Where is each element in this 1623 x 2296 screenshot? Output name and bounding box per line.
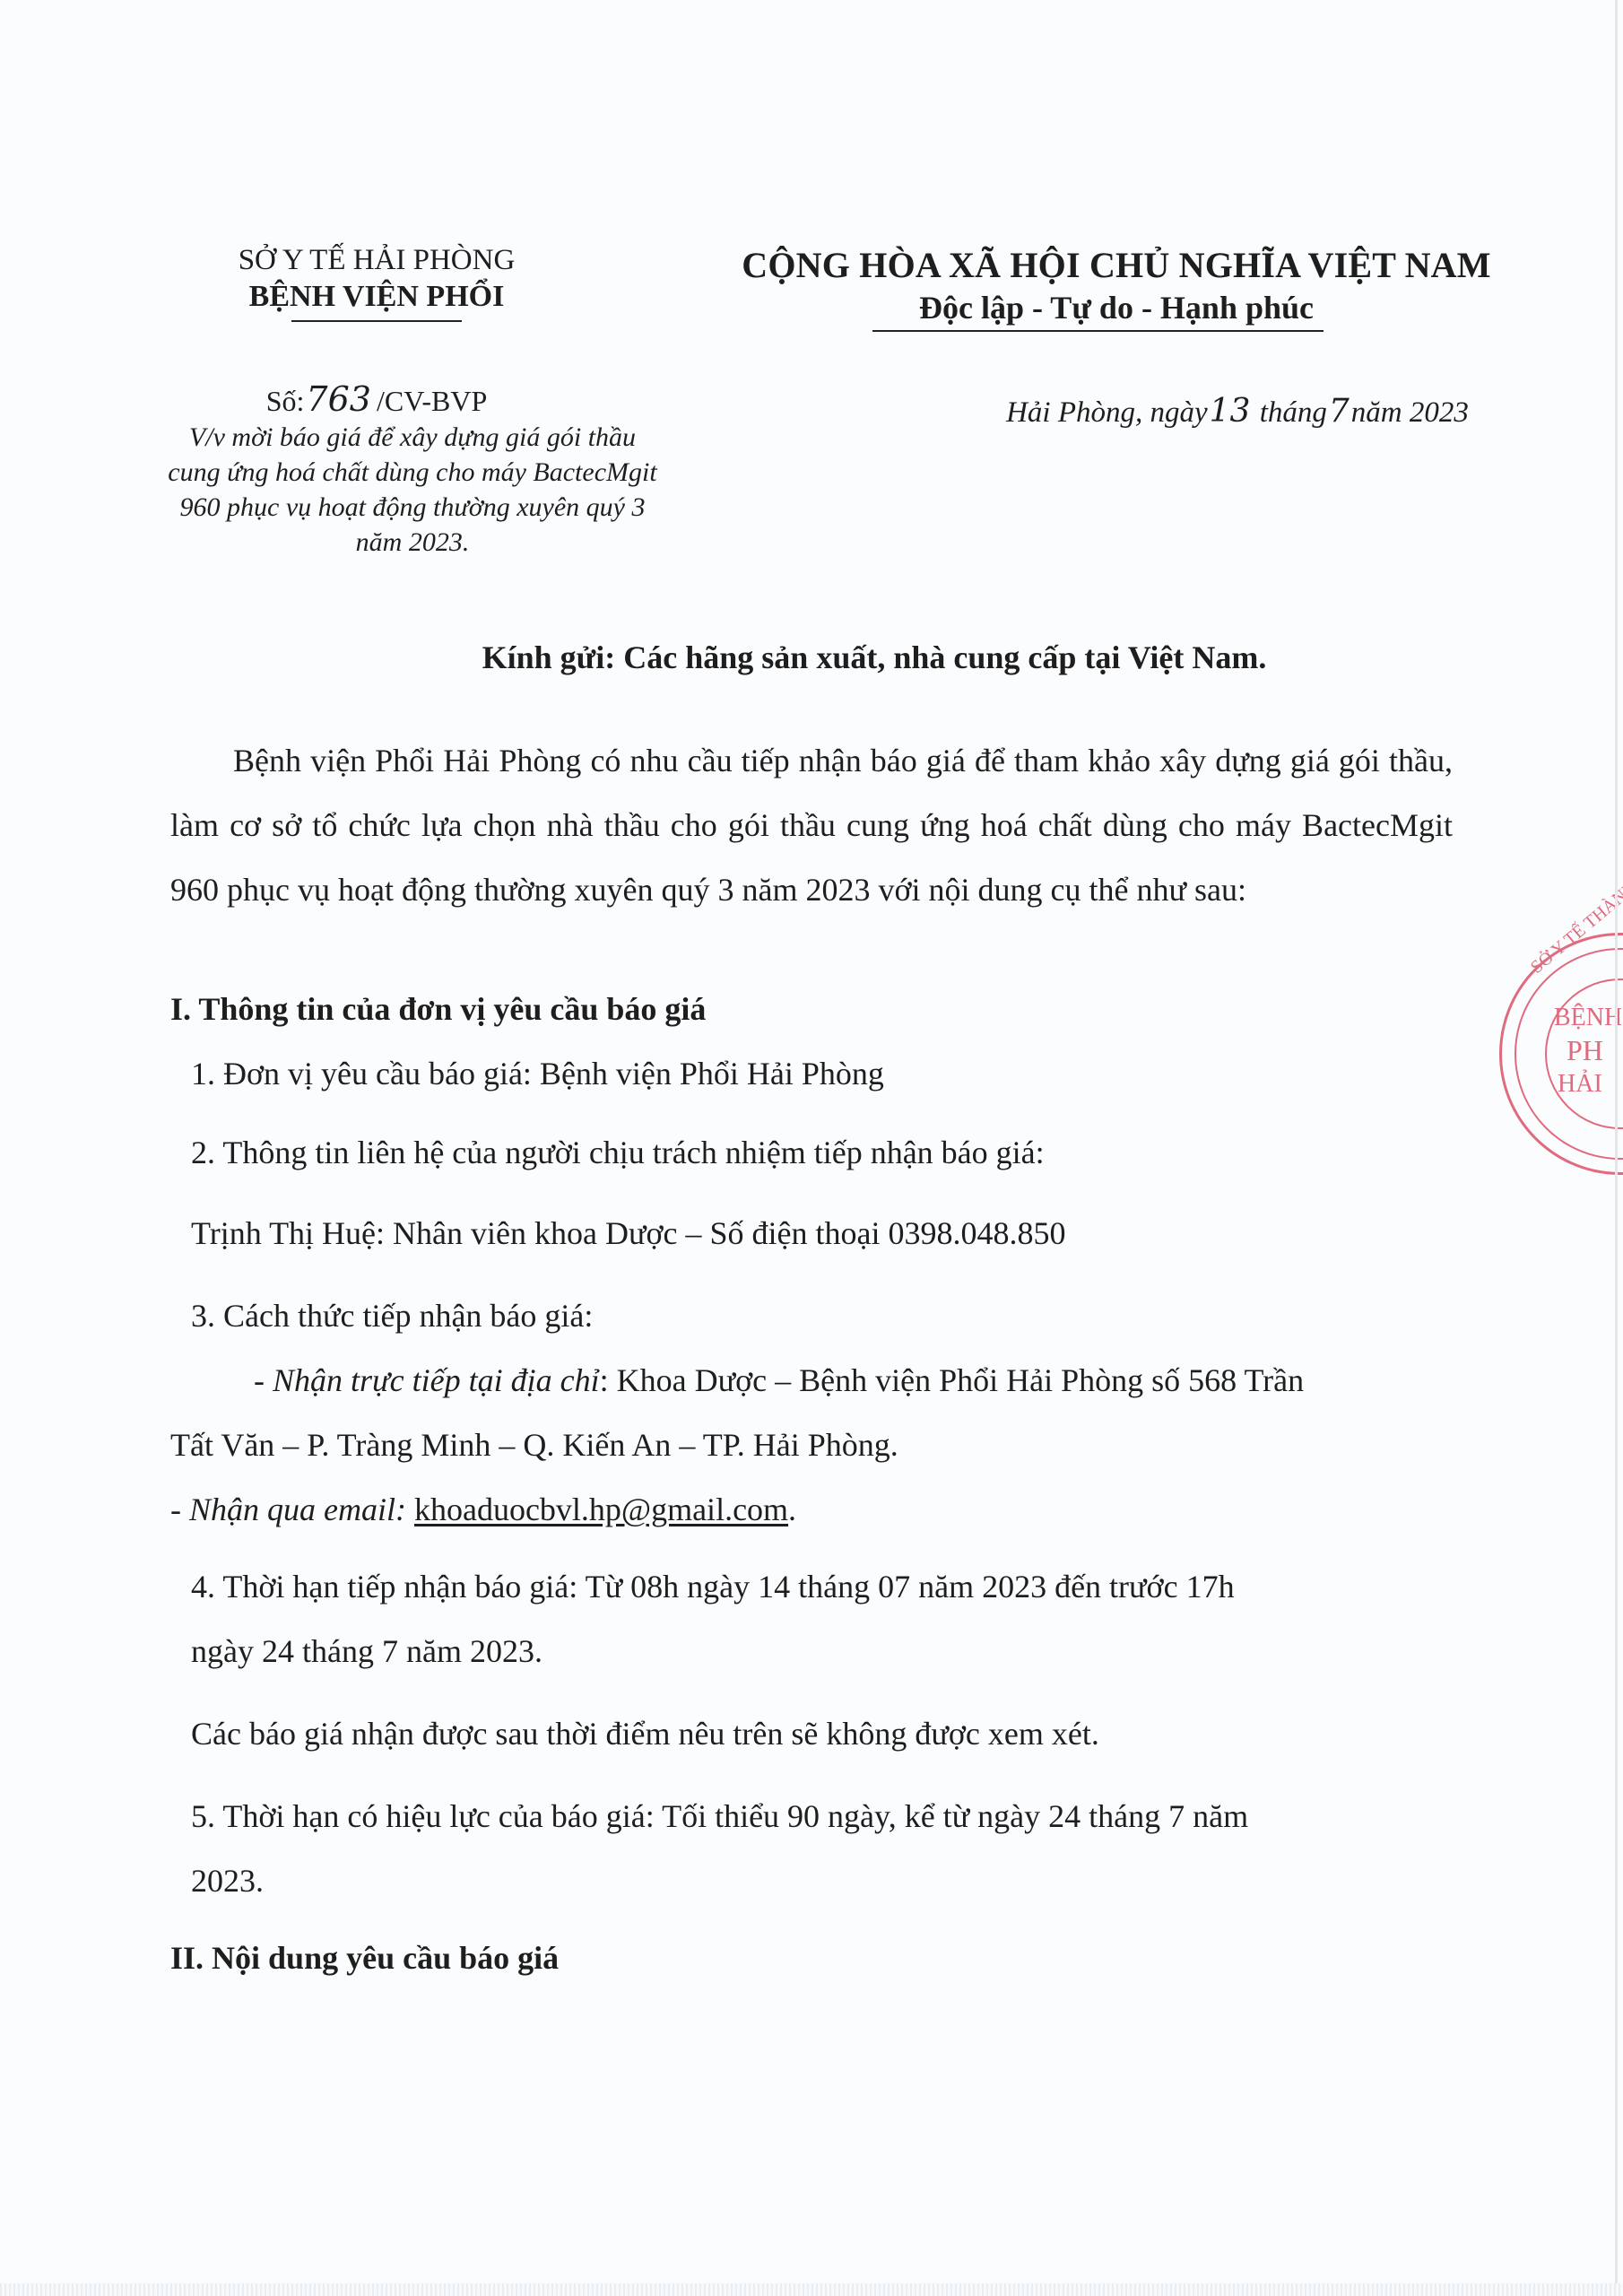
item-5-line-2: 2023. [191, 1862, 264, 1900]
motto-underline [872, 330, 1324, 332]
item-2: 2. Thông tin liên hệ của người chịu trác… [191, 1134, 1045, 1171]
stamp-line-1: BỆNH [1554, 1004, 1622, 1032]
intro-paragraph: Bệnh viện Phổi Hải Phòng có nhu cầu tiếp… [170, 728, 1453, 922]
late-note: Các báo giá nhận được sau thời điểm nêu … [191, 1715, 1099, 1752]
item-1: 1. Đơn vị yêu cầu báo giá: Bệnh viện Phổ… [191, 1055, 884, 1092]
section-2-title: II. Nội dung yêu cầu báo giá [170, 1939, 559, 1977]
hospital-name: BỆNH VIỆN PHỔI [170, 280, 583, 314]
item-3: 3. Cách thức tiếp nhận báo giá: [191, 1297, 593, 1335]
hospital-underline [291, 320, 462, 322]
item-4-line-2: ngày 24 tháng 7 năm 2023. [191, 1632, 542, 1670]
item-4-line-1: 4. Thời hạn tiếp nhận báo giá: Từ 08h ng… [191, 1568, 1235, 1605]
official-stamp: SỞ Y TẾ THÀNH BỆNH PH HẢI [1499, 933, 1623, 1175]
direct-address-line: - Nhận trực tiếp tại địa chỉ: Khoa Dược … [254, 1361, 1304, 1399]
handwritten-number: 763 [306, 379, 371, 419]
stamp-line-2: PH [1567, 1034, 1603, 1067]
document-number: Số:763/CV-BVP [170, 379, 583, 419]
section-1-title: I. Thông tin của đơn vị yêu cầu báo giá [170, 990, 706, 1028]
contact-person: Trịnh Thị Huệ: Nhân viên khoa Dược – Số … [191, 1214, 1065, 1252]
date-line: Hải Phòng, ngày13 tháng7năm 2023 [942, 393, 1533, 430]
document-subject: V/v mời báo giá để xây dựng giá gói thầu… [161, 420, 664, 560]
email-line: - Nhận qua email: khoaduocbvl.hp@gmail.c… [170, 1491, 796, 1528]
stamp-line-3: HẢI [1558, 1070, 1602, 1099]
page-edge [1615, 0, 1618, 2296]
national-motto: Độc lập - Tự do - Hạnh phúc [690, 289, 1542, 326]
department-name: SỞ Y TẾ HẢI PHÒNG [170, 244, 583, 277]
scan-border [0, 2283, 1623, 2296]
direct-address-cont: Tất Văn – P. Tràng Minh – Q. Kiến An – T… [170, 1426, 898, 1464]
item-5-line-1: 5. Thời hạn có hiệu lực của báo giá: Tối… [191, 1797, 1248, 1835]
greeting: Kính gửi: Các hãng sản xuất, nhà cung cấ… [359, 639, 1390, 676]
handwritten-day: 13 [1210, 393, 1251, 430]
national-title: CỘNG HÒA XÃ HỘI CHỦ NGHĨA VIỆT NAM [690, 244, 1542, 286]
email-link[interactable]: khoaduocbvl.hp@gmail.com [414, 1492, 788, 1527]
handwritten-month: 7 [1329, 393, 1350, 430]
